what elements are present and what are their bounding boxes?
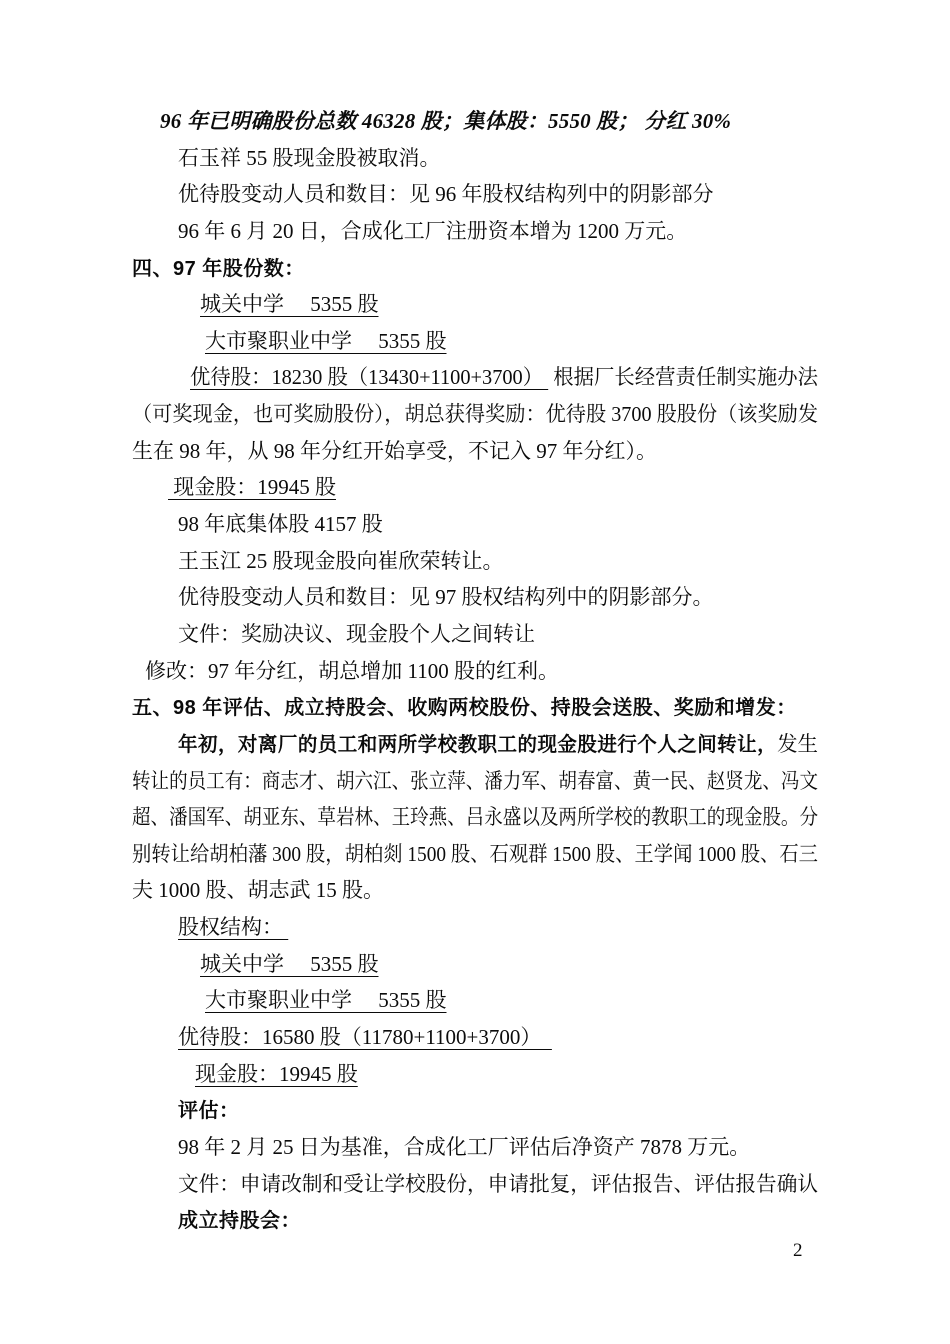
- text-line-content: 年初，对离厂的员工和两所学校教职工的现金股进行个人之间转让，发生: [178, 726, 818, 764]
- text-line-content: 城关中学 5355 股: [200, 946, 379, 983]
- text-line-content: 文件：奖励决议、现金股个人之间转让: [178, 616, 535, 653]
- text-line: 修改：97 年分红，胡总增加 1100 股的红利。: [132, 653, 818, 690]
- text-line-content: 夫 1000 股、胡志武 15 股。: [132, 872, 384, 909]
- text-segment: 96 年 6 月 20 日，合成化工厂注册资本增为 1200 万元。: [178, 219, 687, 243]
- text-line: 别转让给胡柏藩 300 股，胡柏剡 1500 股、石观群 1500 股、王学闻 …: [132, 836, 818, 873]
- text-line-content: 96 年已明确股份总数 46328 股；集体股：5550 股； 分红 30%: [160, 103, 731, 140]
- text-line: 生在 98 年，从 98 年分红开始享受，不记入 97 年分红）。: [132, 433, 818, 470]
- text-line: 城关中学 5355 股: [132, 946, 818, 983]
- text-line-content: 98 年底集体股 4157 股: [178, 506, 383, 543]
- text-line: 大市聚职业中学 5355 股: [132, 323, 818, 360]
- text-segment: 优待股：16580 股（11780+1100+3700）: [178, 1025, 552, 1049]
- text-line-content: 评估：: [178, 1092, 240, 1130]
- text-line: 98 年 2 月 25 日为基准，合成化工厂评估后净资产 7878 万元。: [132, 1129, 818, 1166]
- text-segment: 城关中学 5355 股: [200, 952, 379, 976]
- text-line: 大市聚职业中学 5355 股: [132, 982, 818, 1019]
- text-segment: 夫 1000 股、胡志武 15 股。: [132, 878, 384, 902]
- text-segment: 98 年 2 月 25 日为基准，合成化工厂评估后净资产 7878 万元。: [178, 1135, 750, 1159]
- text-line-content: 城关中学 5355 股: [200, 286, 379, 323]
- text-line-content: 现金股：19945 股: [195, 1056, 358, 1093]
- text-segment: 股权结构：: [178, 915, 288, 939]
- text-segment: 评估：: [178, 1100, 240, 1122]
- text-segment: 大市聚职业中学 5355 股: [205, 988, 447, 1012]
- text-line: 转让的员工有：商志才、胡六江、张立萍、潘力军、胡春富、黄一民、赵贤龙、冯文: [132, 763, 818, 800]
- text-line-content: 超、潘国军、胡亚东、草岩林、王玲燕、吕永盛以及两所学校的教职工的现金股。分: [132, 799, 818, 836]
- text-segment: 98 年底集体股 4157 股: [178, 512, 383, 536]
- text-line-content: （可奖现金，也可奖励股份），胡总获得奖励：优待股 3700 股股份（该奖励发: [132, 396, 818, 433]
- text-segment: 成立持股会：: [178, 1210, 301, 1232]
- text-segment: 现金股：19945 股: [195, 1062, 358, 1086]
- text-line: 现金股：19945 股: [132, 469, 818, 506]
- text-segment: 优待股变动人员和数目：见 96 年股权结构列中的阴影部分: [178, 182, 714, 206]
- text-segment: 优待股：18230 股（13430+1100+3700）: [190, 365, 548, 389]
- text-line-content: 石玉祥 55 股现金股被取消。: [178, 140, 441, 177]
- text-line-content: 生在 98 年，从 98 年分红开始享受，不记入 97 年分红）。: [132, 433, 657, 470]
- text-line: 城关中学 5355 股: [132, 286, 818, 323]
- text-line-content: 五、98 年评估、成立持股会、收购两校股份、持股会送股、奖励和增发：: [132, 689, 797, 727]
- text-line: 夫 1000 股、胡志武 15 股。: [132, 872, 818, 909]
- text-segment: 超、潘国军、胡亚东、草岩林、王玲燕、吕永盛以及两所学校的教职工的现金股。分: [132, 805, 818, 829]
- text-segment: 现金股：19945 股: [168, 475, 336, 499]
- text-line: 优待股：16580 股（11780+1100+3700）: [132, 1019, 818, 1056]
- text-line: 王玉江 25 股现金股向崔欣荣转让。: [132, 543, 818, 580]
- text-line: 文件：申请改制和受让学校股份，申请批复，评估报告、评估报告确认: [132, 1166, 818, 1203]
- text-line: 评估：: [132, 1092, 818, 1129]
- document-page: 96 年已明确股份总数 46328 股；集体股：5550 股； 分红 30%石玉…: [0, 0, 950, 1344]
- text-segment: 城关中学 5355 股: [200, 292, 379, 316]
- text-line-content: 文件：申请改制和受让学校股份，申请批复，评估报告、评估报告确认: [178, 1166, 818, 1203]
- text-segment: 优待股变动人员和数目：见 97 股权结构列中的阴影部分。: [178, 585, 714, 609]
- page-number: 2: [793, 1238, 803, 1264]
- text-segment: 修改：97 年分红，胡总增加 1100 股的红利。: [145, 659, 559, 683]
- text-segment: 转让的员工有：商志才、胡六江、张立萍、潘力军、胡春富、黄一民、赵贤龙、冯文: [132, 769, 818, 793]
- text-line-content: 优待股：16580 股（11780+1100+3700）: [178, 1019, 552, 1056]
- text-line-content: 优待股变动人员和数目：见 96 年股权结构列中的阴影部分: [178, 176, 714, 213]
- text-segment: 别转让给胡柏藩 300 股，胡柏剡 1500 股、石观群 1500 股、王学闻 …: [132, 842, 818, 866]
- text-segment: 发生: [777, 732, 818, 756]
- document-body: 96 年已明确股份总数 46328 股；集体股：5550 股； 分红 30%石玉…: [132, 103, 818, 1239]
- text-segment: 生在 98 年，从 98 年分红开始享受，不记入 97 年分红）。: [132, 439, 657, 463]
- text-line-content: 四、97 年股份数：: [132, 250, 305, 288]
- text-segment: 石玉祥 55 股现金股被取消。: [178, 146, 441, 170]
- text-line: 成立持股会：: [132, 1202, 818, 1239]
- text-line: 96 年 6 月 20 日，合成化工厂注册资本增为 1200 万元。: [132, 213, 818, 250]
- text-line: 超、潘国军、胡亚东、草岩林、王玲燕、吕永盛以及两所学校的教职工的现金股。分: [132, 799, 818, 836]
- text-segment: 四、97 年股份数：: [132, 258, 305, 280]
- text-line: （可奖现金，也可奖励股份），胡总获得奖励：优待股 3700 股股份（该奖励发: [132, 396, 818, 433]
- text-line-content: 转让的员工有：商志才、胡六江、张立萍、潘力军、胡春富、黄一民、赵贤龙、冯文: [132, 763, 818, 800]
- text-line-content: 成立持股会：: [178, 1202, 301, 1240]
- text-line-content: 大市聚职业中学 5355 股: [205, 982, 447, 1019]
- text-line: 优待股变动人员和数目：见 96 年股权结构列中的阴影部分: [132, 176, 818, 213]
- text-line-content: 大市聚职业中学 5355 股: [205, 323, 447, 360]
- text-segment: 王玉江 25 股现金股向崔欣荣转让。: [178, 549, 504, 573]
- text-segment: 大市聚职业中学 5355 股: [205, 329, 447, 353]
- text-line-content: 现金股：19945 股: [168, 469, 336, 506]
- text-line: 年初，对离厂的员工和两所学校教职工的现金股进行个人之间转让，发生: [132, 726, 818, 763]
- text-line-content: 优待股：18230 股（13430+1100+3700） 根据厂长经营责任制实施…: [190, 359, 818, 396]
- text-segment: 根据厂长经营责任制实施办法: [548, 365, 818, 389]
- text-segment: （可奖现金，也可奖励股份），胡总获得奖励：优待股 3700 股股份（该奖励发: [132, 402, 818, 426]
- text-line-content: 修改：97 年分红，胡总增加 1100 股的红利。: [145, 653, 559, 690]
- text-line-content: 股权结构：: [178, 909, 288, 946]
- text-line: 四、97 年股份数：: [132, 250, 818, 287]
- text-line: 96 年已明确股份总数 46328 股；集体股：5550 股； 分红 30%: [132, 103, 818, 140]
- text-line: 文件：奖励决议、现金股个人之间转让: [132, 616, 818, 653]
- text-line-content: 98 年 2 月 25 日为基准，合成化工厂评估后净资产 7878 万元。: [178, 1129, 750, 1166]
- text-segment: 五、98 年评估、成立持股会、收购两校股份、持股会送股、奖励和增发：: [132, 697, 797, 719]
- text-line: 五、98 年评估、成立持股会、收购两校股份、持股会送股、奖励和增发：: [132, 689, 818, 726]
- text-line: 石玉祥 55 股现金股被取消。: [132, 140, 818, 177]
- text-line-content: 优待股变动人员和数目：见 97 股权结构列中的阴影部分。: [178, 579, 714, 616]
- text-line: 现金股：19945 股: [132, 1056, 818, 1093]
- text-line-content: 别转让给胡柏藩 300 股，胡柏剡 1500 股、石观群 1500 股、王学闻 …: [132, 836, 818, 873]
- text-segment: 文件：奖励决议、现金股个人之间转让: [178, 622, 535, 646]
- text-line: 股权结构：: [132, 909, 818, 946]
- text-segment: 年初，对离厂的员工和两所学校教职工的现金股进行个人之间转让，: [178, 734, 777, 756]
- text-line: 98 年底集体股 4157 股: [132, 506, 818, 543]
- text-line: 优待股变动人员和数目：见 97 股权结构列中的阴影部分。: [132, 579, 818, 616]
- text-line-content: 96 年 6 月 20 日，合成化工厂注册资本增为 1200 万元。: [178, 213, 687, 250]
- text-segment: 文件：申请改制和受让学校股份，申请批复，评估报告、评估报告确认: [178, 1172, 818, 1196]
- text-segment: 96 年已明确股份总数 46328 股；集体股：5550 股； 分红 30%: [160, 109, 731, 133]
- text-line-content: 王玉江 25 股现金股向崔欣荣转让。: [178, 543, 504, 580]
- text-line: 优待股：18230 股（13430+1100+3700） 根据厂长经营责任制实施…: [132, 359, 818, 396]
